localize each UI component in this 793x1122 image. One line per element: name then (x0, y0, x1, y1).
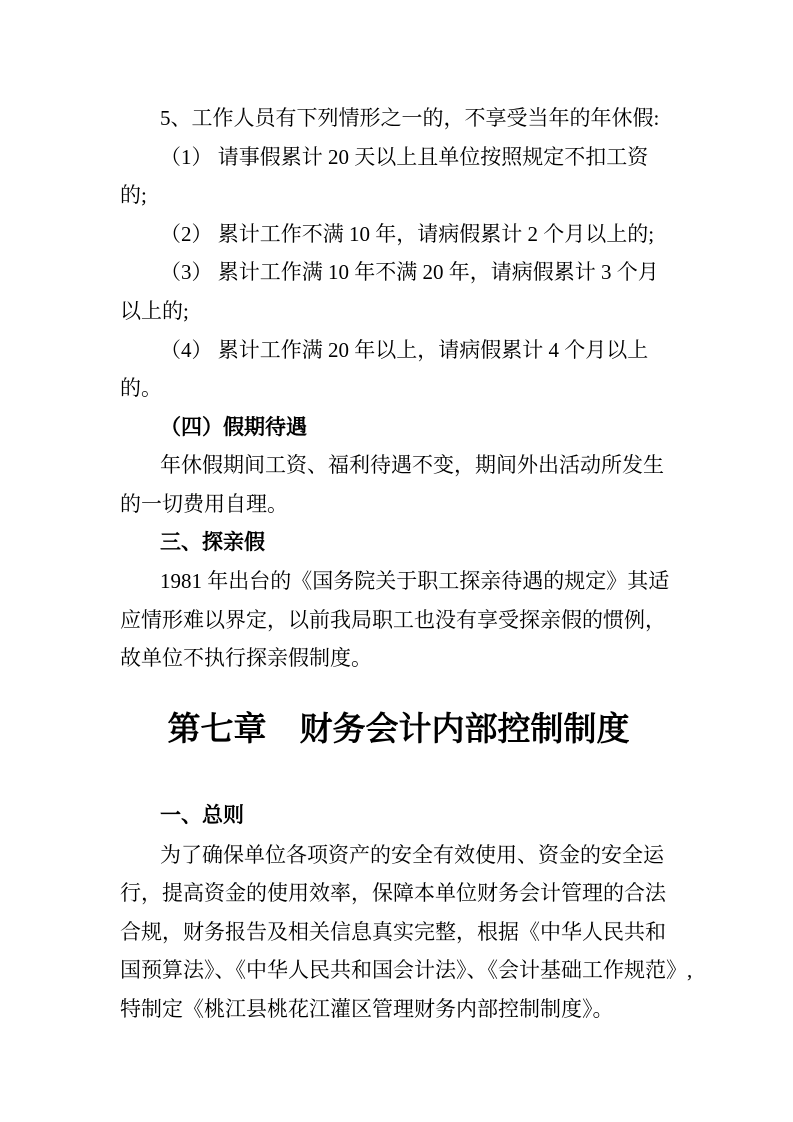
heading-family-visit-leave: 三、探亲假 (120, 524, 677, 563)
text-line: 的一切费用自理。 (120, 485, 677, 524)
heading-holiday-benefits: （四）假期待遇 (120, 408, 677, 447)
text-line: 以上的; (120, 292, 677, 331)
text-line: （2） 累计工作不满 10 年，请病假累计 2 个月以上的; (120, 215, 677, 254)
text-line: 的。 (120, 369, 677, 408)
section-heading: （四）假期待遇 (120, 408, 677, 447)
text-line: 故单位不执行探亲假制度。 (120, 639, 677, 678)
text-line: 年休假期间工资、福利待遇不变，期间外出活动所发生 (120, 446, 677, 485)
text-line: 行，提高资金的使用效率，保障本单位财务会计管理的合法 (120, 874, 677, 913)
text-line: （3） 累计工作满 10 年不满 20 年，请病假累计 3 个月 (120, 253, 677, 292)
section-heading: 一、总则 (120, 797, 677, 836)
para-annual-leave-case3: （3） 累计工作满 10 年不满 20 年，请病假累计 3 个月 以上的; (120, 253, 677, 330)
text-line: （1） 请事假累计 20 天以上且单位按照规定不扣工资 (120, 138, 677, 177)
para-holiday-benefits: 年休假期间工资、福利待遇不变，期间外出活动所发生 的一切费用自理。 (120, 446, 677, 523)
text-line: 国预算法》、《中华人民共和国会计法》、《会计基础工作规范》, (120, 951, 677, 990)
text-line: 应情形难以界定，以前我局职工也没有享受探亲假的惯例， (120, 601, 677, 640)
para-annual-leave-item5: 5、工作人员有下列情形之一的，不享受当年的年休假: (120, 99, 677, 138)
para-family-visit-leave: 1981 年出台的《国务院关于职工探亲待遇的规定》其适 应情形难以界定，以前我局… (120, 562, 677, 678)
chapter-title: 第七章 财务会计内部控制制度 (120, 705, 677, 755)
text-line: 特制定《桃江县桃花江灌区管理财务内部控制制度》。 (120, 990, 677, 1029)
section-heading: 三、探亲假 (120, 524, 677, 563)
text-line: （4） 累计工作满 20 年以上，请病假累计 4 个月以上 (120, 331, 677, 370)
text-line: 5、工作人员有下列情形之一的，不享受当年的年休假: (120, 99, 677, 138)
document-content: 5、工作人员有下列情形之一的，不享受当年的年休假: （1） 请事假累计 20 天… (120, 99, 677, 1028)
document-page: 5、工作人员有下列情形之一的，不享受当年的年休假: （1） 请事假累计 20 天… (0, 0, 793, 1122)
para-annual-leave-case4: （4） 累计工作满 20 年以上，请病假累计 4 个月以上 的。 (120, 331, 677, 408)
para-general-provisions: 为了确保单位各项资产的安全有效使用、资金的安全运 行，提高资金的使用效率，保障本… (120, 836, 677, 1029)
para-annual-leave-case1: （1） 请事假累计 20 天以上且单位按照规定不扣工资 的; (120, 138, 677, 215)
para-annual-leave-case2: （2） 累计工作不满 10 年，请病假累计 2 个月以上的; (120, 215, 677, 254)
text-line: 的; (120, 176, 677, 215)
text-line: 为了确保单位各项资产的安全有效使用、资金的安全运 (120, 836, 677, 875)
heading-general-provisions: 一、总则 (120, 797, 677, 836)
text-line: 1981 年出台的《国务院关于职工探亲待遇的规定》其适 (120, 562, 677, 601)
text-line: 合规，财务报告及相关信息真实完整，根据《中华人民共和 (120, 913, 677, 952)
